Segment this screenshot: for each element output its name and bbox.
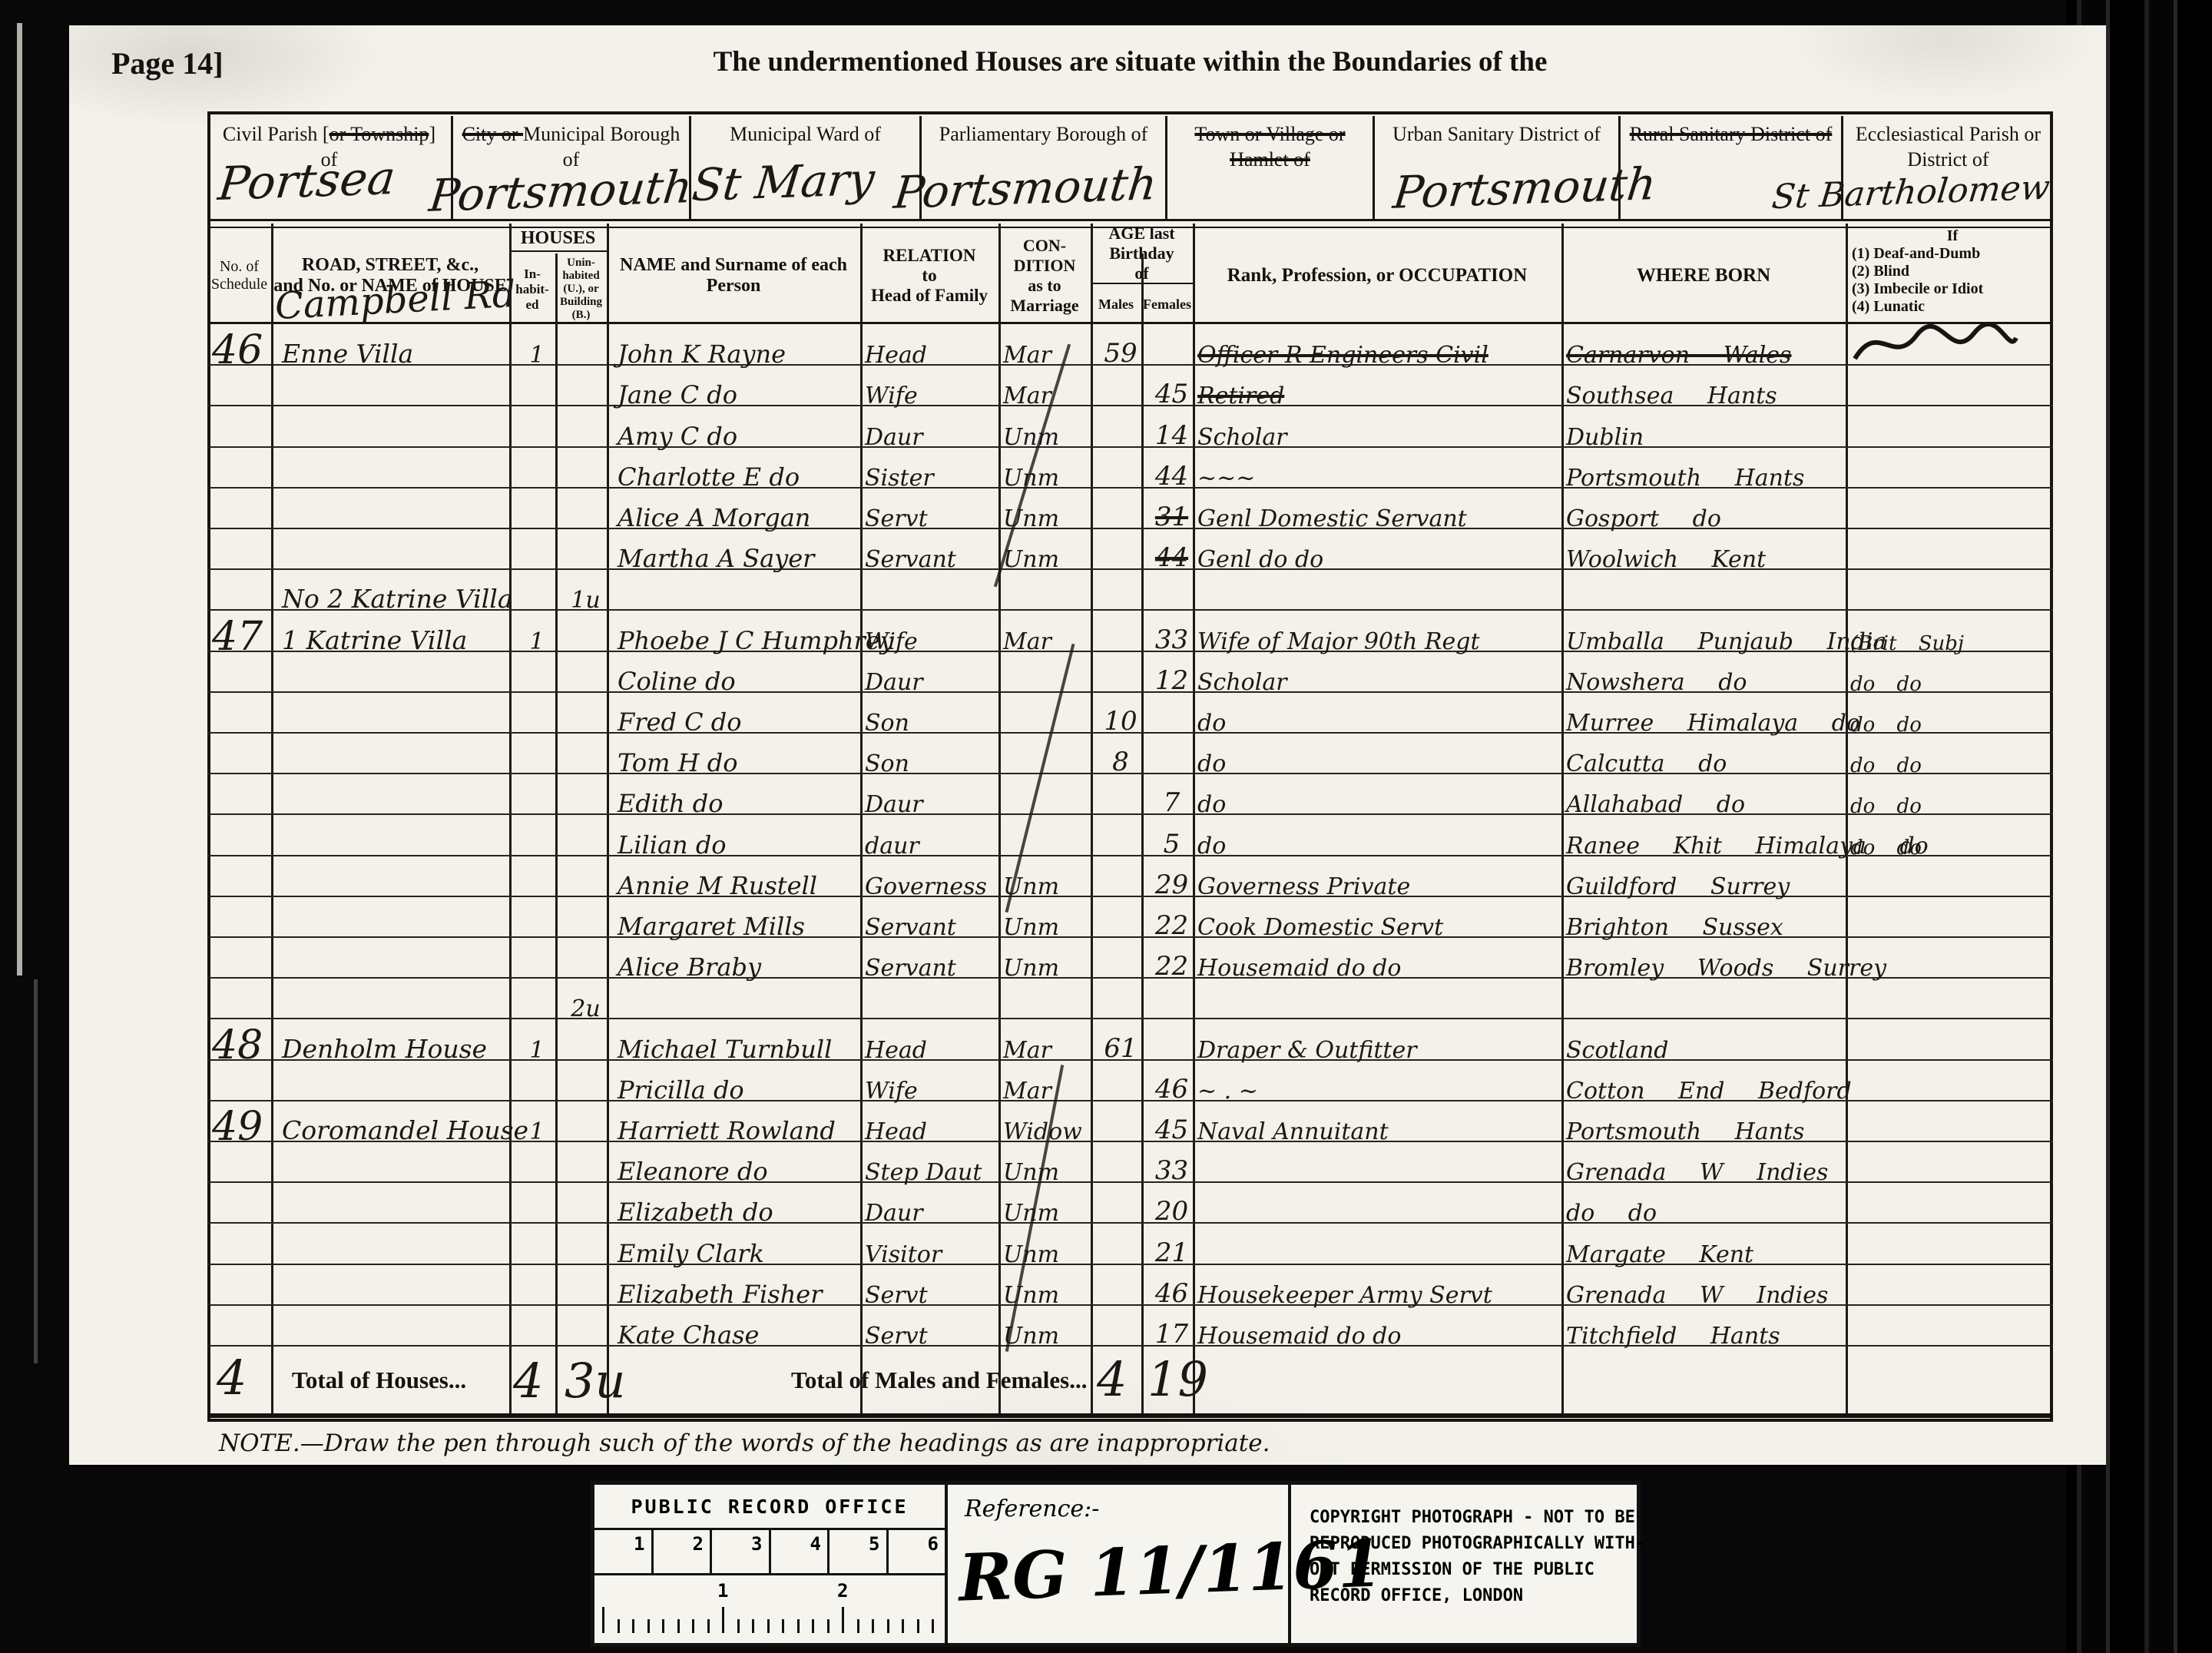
- cell-re: Head: [865, 342, 1003, 369]
- total-inhabited-value: 4: [513, 1353, 543, 1409]
- cell-m: 8: [1095, 747, 1146, 777]
- district-cell-label: Rural Sanitary District of: [1621, 116, 1841, 147]
- cell-n: Pricilla do: [618, 1075, 871, 1105]
- ruler-inch-tick: [647, 1619, 650, 1633]
- copyright-line: OUT PERMISSION OF THE PUBLIC: [1310, 1557, 1631, 1583]
- pro-stamp-ruler-panel: PUBLIC RECORD OFFICE 123456 12: [594, 1485, 948, 1643]
- column-header-females: Females: [1141, 283, 1193, 325]
- cell-re: Daur: [865, 791, 1003, 818]
- cell-o: Naval Annuitant: [1197, 1118, 1566, 1145]
- table-row: 2u: [207, 979, 2053, 1019]
- disability-item: (4) Lunatic: [1852, 298, 1925, 316]
- table-row: Eleanore doStep DautUnm33Grenada W Indie…: [207, 1142, 2053, 1183]
- ruler-inch-tick: [827, 1619, 829, 1633]
- cell-b: Ranee Khit Himalaya do: [1566, 833, 1850, 860]
- cell-f: 5: [1146, 829, 1197, 860]
- cell-f: 21: [1146, 1237, 1197, 1268]
- cell-o: Officer R Engineers Civil: [1197, 342, 1566, 369]
- cell-f: 29: [1146, 870, 1197, 900]
- cell-n: Jane C do: [618, 380, 871, 409]
- ruler-inch-tick: [887, 1619, 889, 1633]
- cell-m: 61: [1095, 1033, 1146, 1064]
- ruler-inch-tick: [692, 1619, 694, 1633]
- cell-o: do: [1197, 833, 1566, 860]
- district-label-text: Urban Sanitary District of: [1392, 123, 1601, 145]
- district-cell-label: Town or Village or Hamlet of: [1167, 116, 1373, 172]
- cell-b: Nowshera do: [1566, 669, 1850, 696]
- ruler-cm-segment: 6: [889, 1530, 945, 1573]
- cell-n: John K Rayne: [618, 340, 871, 369]
- reference-label: Reference:-: [965, 1496, 1099, 1522]
- district-cell-value: St Mary: [690, 153, 877, 211]
- film-scratch-line: [34, 979, 38, 1363]
- cell-o: Housemaid do do: [1197, 1323, 1566, 1350]
- cell-f: 33: [1146, 624, 1197, 655]
- cell-re: Governess: [865, 873, 1003, 900]
- column-header-occupation: Rank, Profession, or OCCUPATION: [1193, 226, 1561, 325]
- cell-c: Unm: [1003, 1159, 1095, 1186]
- cell-f: 45: [1146, 1115, 1197, 1145]
- table-row: Coline doDaur12ScholarNowshera dodo do: [207, 652, 2053, 693]
- cell-o: Wife of Major 90th Regt: [1197, 628, 1566, 655]
- table-row: Emily ClarkVisitorUnm21Margate Kent: [207, 1224, 2053, 1264]
- cell-o: do: [1197, 750, 1566, 777]
- cell-o: Housekeeper Army Servt: [1197, 1282, 1566, 1309]
- district-label-text: Municipal Ward of: [730, 123, 881, 145]
- total-females-value: 19: [1147, 1351, 1208, 1407]
- cell-re: Visitor: [865, 1241, 1003, 1268]
- cell-b: Cotton End Bedford: [1566, 1078, 1850, 1105]
- microfilm-frame: Page 14] The undermentioned Houses are s…: [0, 0, 2212, 1653]
- cell-b: Bromley Woods Surrey: [1566, 955, 1850, 982]
- cell-n: Coline do: [618, 667, 871, 696]
- table-row: 471 Katrine Villa1Phoebe J C HumphreyWif…: [207, 611, 2053, 651]
- ruler-inch-tick: [872, 1619, 874, 1633]
- cell-n: Charlotte E do: [618, 462, 871, 492]
- table-row: 49Coromandel House1Harriett RowlandHeadW…: [207, 1101, 2053, 1142]
- cell-f: 44: [1146, 542, 1197, 573]
- cell-i: 1: [514, 342, 560, 369]
- cell-c: Unm: [1003, 914, 1095, 941]
- table-row: Amy C doDaurUnm14ScholarDublin: [207, 406, 2053, 447]
- cell-n: Elizabeth Fisher: [618, 1280, 871, 1309]
- cell-c: Unm: [1003, 955, 1095, 982]
- column-header-relation: RELATION to Head of Family: [860, 226, 998, 325]
- cell-b: Portsmouth Hants: [1566, 1118, 1850, 1145]
- cell-b: Guildford Surrey: [1566, 873, 1850, 900]
- total-houses-label: Total of Houses...: [292, 1366, 466, 1394]
- cell-re: Step Daut: [865, 1159, 1003, 1186]
- cell-b: Scotland: [1566, 1037, 1850, 1064]
- table-row: Alice A MorganServtUnm31Genl Domestic Se…: [207, 489, 2053, 529]
- cell-n: Martha A Sayer: [618, 544, 871, 573]
- district-cell-label: Municipal Ward of: [691, 116, 919, 147]
- cell-o: Genl Domestic Servant: [1197, 505, 1566, 532]
- ruler-inch-tick: [707, 1619, 710, 1633]
- cell-f: 31: [1146, 502, 1197, 532]
- cell-n: Eleanore do: [618, 1157, 871, 1186]
- cell-f: 44: [1146, 461, 1197, 492]
- column-header-houses-group: HOUSES: [509, 226, 607, 252]
- ruler-inch-tick: [722, 1607, 724, 1633]
- district-cell-value: Portsmouth: [1391, 157, 1659, 219]
- table-row: No 2 Katrine Villa1u: [207, 570, 2053, 611]
- cell-b: Allahabad do: [1566, 791, 1850, 818]
- table-row: Charlotte E doSisterUnm44~~~Portsmouth H…: [207, 448, 2053, 489]
- cell-u: 2u: [560, 995, 611, 1022]
- table-row: Annie M RustellGovernessUnm29Governess P…: [207, 856, 2053, 897]
- cell-n: Kate Chase: [618, 1320, 871, 1350]
- cell-c: Mar: [1003, 1037, 1095, 1064]
- cell-n: Amy C do: [618, 422, 871, 451]
- column-header-disability: If(1) Deaf-and-Dumb(2) Blind(3) Imbecile…: [1846, 226, 2053, 325]
- ruler-inch-tick: [767, 1619, 770, 1633]
- ruler-inch-tick: [602, 1607, 604, 1633]
- cell-o: Draper & Outfitter: [1197, 1037, 1566, 1064]
- cell-re: Wife: [865, 383, 1003, 409]
- ruler-inch-tick: [917, 1619, 919, 1633]
- column-header-schedule: No. of Schedule: [207, 226, 271, 325]
- total-schedules-value: 4: [217, 1350, 247, 1406]
- total-males-females-label: Total of Males and Females...: [791, 1366, 1087, 1394]
- cell-re: Servant: [865, 914, 1003, 941]
- cell-r: No 2 Katrine Villa: [282, 584, 520, 614]
- cell-o: do: [1197, 791, 1566, 818]
- cell-n: Alice Braby: [618, 952, 871, 982]
- cell-c: Unm: [1003, 424, 1095, 451]
- ruler-inch-tick: [797, 1619, 800, 1633]
- column-header-males: Males: [1091, 283, 1141, 325]
- footnote: NOTE.—Draw the pen through such of the w…: [219, 1429, 1270, 1457]
- copyright-line: REPRODUCED PHOTOGRAPHICALLY WITH-: [1310, 1531, 1631, 1557]
- cell-re: Son: [865, 750, 1003, 777]
- cell-c: Unm: [1003, 873, 1095, 900]
- cell-f: 7: [1146, 787, 1197, 818]
- cell-b: do do: [1566, 1200, 1850, 1227]
- table-row: 48Denholm House1Michael TurnbullHeadMar6…: [207, 1019, 2053, 1060]
- district-cell-label: Parliamentary Borough of: [922, 116, 1165, 147]
- cell-i: 1: [514, 1037, 560, 1064]
- cell-re: Servant: [865, 955, 1003, 982]
- district-cell-label: Urban Sanitary District of: [1375, 116, 1618, 147]
- district-label-struck: City or: [462, 123, 523, 145]
- cell-u: 1u: [560, 587, 611, 614]
- cell-re: Daur: [865, 669, 1003, 696]
- cell-b: Portsmouth Hants: [1566, 465, 1850, 492]
- ruler-cm-segment: 4: [771, 1530, 830, 1573]
- disability-item: (3) Imbecile or Idiot: [1852, 280, 1983, 298]
- cell-b: Carnarvon Wales: [1566, 342, 1850, 369]
- cell-o: Scholar: [1197, 669, 1566, 696]
- cell-o: Genl do do: [1197, 546, 1566, 573]
- cell-c: Unm: [1003, 465, 1095, 492]
- district-label-text: Parliamentary Borough of: [939, 123, 1148, 145]
- film-scratch-line: [17, 23, 22, 976]
- cell-f: 14: [1146, 420, 1197, 451]
- table-row: 46Enne Villa1John K RayneHeadMar59Office…: [207, 325, 2053, 366]
- cell-b: Calcutta do: [1566, 750, 1850, 777]
- table-row: Alice BrabyServantUnm22Housemaid do doBr…: [207, 938, 2053, 979]
- cell-n: Margaret Mills: [618, 912, 871, 941]
- cell-f: 22: [1146, 910, 1197, 941]
- cell-o: Cook Domestic Servt: [1197, 914, 1566, 941]
- ruler-inch-tick: [902, 1619, 904, 1633]
- cell-re: Daur: [865, 424, 1003, 451]
- cell-f: 46: [1146, 1074, 1197, 1105]
- cell-n: Elizabeth do: [618, 1198, 871, 1227]
- total-uninhabited-value: 3u: [565, 1353, 625, 1409]
- pro-stamp-copyright-panel: COPYRIGHT PHOTOGRAPH - NOT TO BEREPRODUC…: [1291, 1485, 1631, 1643]
- ruler-centimetres: 123456: [594, 1528, 945, 1575]
- ruler-inches: 12: [594, 1575, 945, 1644]
- copyright-notice: COPYRIGHT PHOTOGRAPH - NOT TO BEREPRODUC…: [1291, 1485, 1631, 1609]
- ruler-inch-tick: [752, 1619, 754, 1633]
- cell-re: Head: [865, 1037, 1003, 1064]
- cell-c: Mar: [1003, 1078, 1095, 1105]
- cell-b: Dublin: [1566, 424, 1850, 451]
- table-row: Tom H doSon8doCalcutta dodo do: [207, 734, 2053, 774]
- cell-n: Edith do: [618, 789, 871, 818]
- table-row: Elizabeth FisherServtUnm46Housekeeper Ar…: [207, 1265, 2053, 1306]
- cell-n: Fred C do: [618, 707, 871, 737]
- cell-re: Servt: [865, 1282, 1003, 1309]
- disability-item: (2) Blind: [1852, 263, 1909, 280]
- cell-f: 46: [1146, 1278, 1197, 1309]
- cell-c: Unm: [1003, 1323, 1095, 1350]
- cell-o: ~~~: [1197, 465, 1566, 492]
- table-row: Elizabeth doDaurUnm20do do: [207, 1183, 2053, 1224]
- district-cell-value: Portsmouth: [427, 161, 695, 222]
- cell-c: Unm: [1003, 546, 1095, 573]
- ruler-inch-tick: [857, 1619, 859, 1633]
- cell-re: Son: [865, 710, 1003, 737]
- cell-c: Mar: [1003, 342, 1095, 369]
- disability-item: (1) Deaf-and-Dumb: [1852, 245, 1980, 263]
- cell-f: 45: [1146, 379, 1197, 409]
- cell-r: 1 Katrine Villa: [282, 625, 520, 655]
- table-row: Jane C doWifeMar45RetiredSouthsea Hants: [207, 366, 2053, 406]
- cell-f: 22: [1146, 951, 1197, 982]
- page-number-label: Page 14]: [111, 45, 224, 81]
- cell-n: Alice A Morgan: [618, 503, 871, 532]
- form-title: The undermentioned Houses are situate wi…: [207, 45, 2053, 78]
- ruler-inch-tick: [662, 1619, 664, 1633]
- district-cell-value: Portsmouth: [892, 157, 1160, 219]
- cell-re: Wife: [865, 628, 1003, 655]
- district-label-text: Civil Parish [: [223, 123, 329, 145]
- cell-i: 1: [514, 1118, 560, 1145]
- table-row: Margaret MillsServantUnm22Cook Domestic …: [207, 897, 2053, 938]
- copyright-line: COPYRIGHT PHOTOGRAPH - NOT TO BE: [1310, 1505, 1631, 1531]
- ruler-inch-tick: [782, 1619, 784, 1633]
- table-row: Lilian dodaur5doRanee Khit Himalaya dodo…: [207, 815, 2053, 856]
- ruler-inch-number: 1: [717, 1580, 728, 1602]
- cell-o: Governess Private: [1197, 873, 1566, 900]
- cell-m: 10: [1095, 706, 1146, 737]
- cell-b: Murree Himalaya do: [1566, 710, 1850, 737]
- cell-r: Enne Villa: [282, 339, 520, 369]
- district-label-text: Ecclesiastical Parish or District of: [1856, 123, 2041, 171]
- ruler-cm-segment: 1: [594, 1530, 654, 1573]
- cell-f: 17: [1146, 1319, 1197, 1350]
- table-row: Kate ChaseServtUnm17Housemaid do doTitch…: [207, 1306, 2053, 1347]
- column-header-uninhabited: Unin- habited (U.), or Building (B.): [555, 253, 607, 325]
- column-header-condition: CON- DITION as to Marriage: [998, 226, 1091, 325]
- district-cell: Town or Village or Hamlet of: [1167, 116, 1375, 220]
- ruler-inch-tick: [932, 1619, 934, 1633]
- cell-b: Gosport do: [1566, 505, 1850, 532]
- ruler-cm-segment: 2: [654, 1530, 713, 1573]
- cell-b: Grenada W Indies: [1566, 1159, 1850, 1186]
- cell-b: Southsea Hants: [1566, 383, 1850, 409]
- cell-n: Lilian do: [618, 830, 871, 860]
- cell-b: Titchfield Hants: [1566, 1323, 1850, 1350]
- cell-b: Margate Kent: [1566, 1241, 1850, 1268]
- cell-b: Grenada W Indies: [1566, 1282, 1850, 1309]
- ruler-cm-segment: 5: [829, 1530, 889, 1573]
- census-page: Page 14] The undermentioned Houses are s…: [69, 25, 2106, 1465]
- totals-row: 4 Total of Houses... 4 3u Total of Males…: [207, 1347, 2053, 1418]
- cell-re: Wife: [865, 1078, 1003, 1105]
- cell-re: Servant: [865, 546, 1003, 573]
- cell-b: Brighton Sussex: [1566, 914, 1850, 941]
- cell-n: Emily Clark: [618, 1239, 871, 1268]
- cell-b: Woolwich Kent: [1566, 546, 1850, 573]
- pro-office-title: PUBLIC RECORD OFFICE: [594, 1496, 945, 1518]
- copyright-line: RECORD OFFICE, LONDON: [1310, 1583, 1631, 1609]
- pro-stamp: PUBLIC RECORD OFFICE 123456 12 Reference…: [591, 1481, 1641, 1647]
- cell-n: Tom H do: [618, 748, 871, 777]
- cell-n: Phoebe J C Humphrey: [618, 626, 871, 655]
- cell-f: 12: [1146, 665, 1197, 696]
- district-label-struck: Town or Village or Hamlet of: [1194, 123, 1345, 171]
- table-row: Pricilla doWifeMar46~ . ~Cotton End Bedf…: [207, 1061, 2053, 1101]
- ruler-inch-number: 2: [837, 1580, 848, 1602]
- district-label-struck: or Township: [329, 123, 429, 145]
- cell-i: 1: [514, 628, 560, 655]
- ruler-inch-tick: [618, 1619, 620, 1633]
- ink-scribble: [1851, 324, 2020, 370]
- table-row: Martha A SayerServantUnm44Genl do doWool…: [207, 529, 2053, 570]
- column-header-where-born: WHERE BORN: [1561, 226, 1846, 325]
- ruler-inch-tick: [737, 1619, 740, 1633]
- cell-o: ~ . ~: [1197, 1078, 1566, 1105]
- cell-f: 20: [1146, 1196, 1197, 1227]
- column-header-name: NAME and Surname of each Person: [607, 226, 860, 325]
- cell-o: Scholar: [1197, 424, 1566, 451]
- table-row: Edith doDaur7doAllahabad dodo do: [207, 774, 2053, 815]
- cell-n: Michael Turnbull: [618, 1035, 871, 1064]
- cell-re: daur: [865, 833, 1003, 860]
- cell-re: Head: [865, 1118, 1003, 1145]
- ruler-inch-tick: [812, 1619, 814, 1633]
- cell-o: do: [1197, 710, 1566, 737]
- cell-b: Umballa Punjaub India: [1566, 628, 1850, 655]
- cell-re: Daur: [865, 1200, 1003, 1227]
- district-label-struck: Rural Sanitary District of: [1630, 123, 1833, 145]
- ruler-cm-segment: 3: [712, 1530, 771, 1573]
- ruler-inch-tick: [842, 1607, 844, 1633]
- cell-c: Mar: [1003, 628, 1095, 655]
- cell-f: 33: [1146, 1155, 1197, 1186]
- ruler-inch-tick: [632, 1619, 634, 1633]
- cell-r: Denholm House: [282, 1034, 520, 1064]
- total-males-value: 4: [1097, 1351, 1127, 1407]
- cell-o: Retired: [1197, 383, 1566, 409]
- table-row: Fred C doSon10doMurree Himalaya dodo do: [207, 693, 2053, 734]
- cell-n: Harriett Rowland: [618, 1116, 871, 1145]
- cell-n: Annie M Rustell: [618, 871, 871, 900]
- cell-re: Servt: [865, 1323, 1003, 1350]
- cell-o: Housemaid do do: [1197, 955, 1566, 982]
- disability-intro: If: [1852, 227, 2053, 245]
- pro-stamp-reference-panel: Reference:- RG 11/1161: [948, 1485, 1291, 1643]
- cell-m: 59: [1095, 338, 1146, 369]
- district-cell-value: Portsea: [216, 151, 398, 211]
- cell-re: Servt: [865, 505, 1003, 532]
- cell-c: Unm: [1003, 1200, 1095, 1227]
- ruler-inch-tick: [677, 1619, 680, 1633]
- cell-c: Unm: [1003, 1241, 1095, 1268]
- cell-r: Coromandel House: [282, 1115, 520, 1145]
- cell-re: Sister: [865, 465, 1003, 492]
- district-cell-label: Ecclesiastical Parish or District of: [1843, 116, 2053, 172]
